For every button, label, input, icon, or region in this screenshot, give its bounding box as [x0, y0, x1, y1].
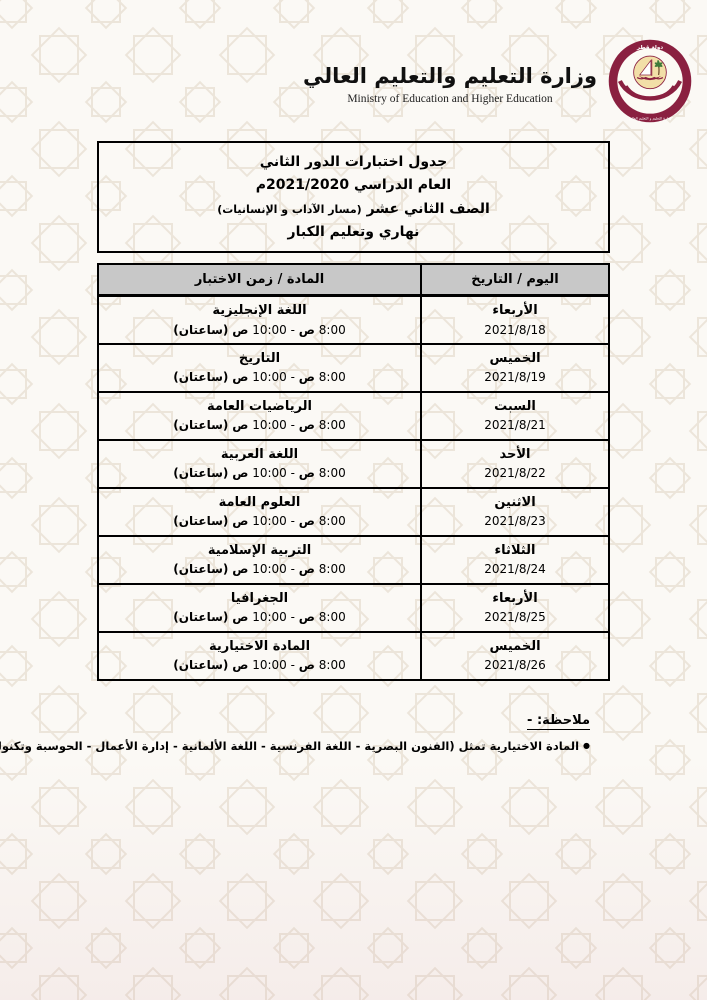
- subject-name: التربية الإسلامية: [101, 542, 418, 560]
- exam-time: 8:00 ص - 10:00 ص (ساعتان): [101, 323, 418, 337]
- subject-name: الجغرافيا: [101, 590, 418, 608]
- exam-time: 8:00 ص - 10:00 ص (ساعتان): [101, 658, 418, 672]
- day-date-cell: الخميس 2021/8/19: [420, 345, 608, 391]
- ministry-name-arabic: وزارة التعليم والتعليم العالي: [303, 64, 597, 88]
- table-row: الخميس 2021/8/26 المادة الاختيارية 8:00 …: [99, 633, 608, 679]
- subject-time-cell: التربية الإسلامية 8:00 ص - 10:00 ص (ساعت…: [99, 537, 420, 583]
- track-label: (مسار الآداب و الإنسانيات): [217, 203, 362, 216]
- subject-name: المادة الاختيارية: [101, 638, 418, 656]
- note-text: المادة الاختيارية تمثل (الفنون البصرية -…: [0, 739, 579, 753]
- grade-track-line: الصف الثاني عشر (مسار الآداب و الإنسانيا…: [105, 201, 602, 217]
- table-header-row: اليوم / التاريخ المادة / زمن الاختبار: [99, 265, 608, 297]
- day-date-cell: السبت 2021/8/21: [420, 393, 608, 439]
- table-row: الأحد 2021/8/22 اللغة العربية 8:00 ص - 1…: [99, 441, 608, 489]
- subject-time-cell: التاريخ 8:00 ص - 10:00 ص (ساعتان): [99, 345, 420, 391]
- table-rows: الأربعاء 2021/8/18 اللغة الإنجليزية 8:00…: [99, 297, 608, 679]
- subject-time-cell: اللغة الإنجليزية 8:00 ص - 10:00 ص (ساعتا…: [99, 297, 420, 343]
- seal-top-text: دولة قطر: [636, 45, 663, 51]
- subject-time-cell: الرياضيات العامة 8:00 ص - 10:00 ص (ساعتا…: [99, 393, 420, 439]
- table-row: الخميس 2021/8/19 التاريخ 8:00 ص - 10:00 …: [99, 345, 608, 393]
- note-label: ملاحظة: -: [527, 713, 590, 730]
- day-date-cell: الثلاثاء 2021/8/24: [420, 537, 608, 583]
- day-name: الاثنين: [424, 494, 606, 512]
- day-name: الخميس: [424, 350, 606, 368]
- document-page: دولة قطر وزارة التعليم و التعليم العالي …: [0, 0, 707, 1000]
- subject-name: اللغة العربية: [101, 446, 418, 464]
- exam-time: 8:00 ص - 10:00 ص (ساعتان): [101, 514, 418, 528]
- day-date-cell: الأربعاء 2021/8/18: [420, 297, 608, 343]
- day-name: الأربعاء: [424, 302, 606, 320]
- exam-date: 2021/8/22: [424, 466, 606, 480]
- exam-date: 2021/8/23: [424, 514, 606, 528]
- day-name: الخميس: [424, 638, 606, 656]
- subject-name: اللغة الإنجليزية: [101, 302, 418, 320]
- subject-name: العلوم العامة: [101, 494, 418, 512]
- academic-year-line: العام الدراسي 2021/2020م: [105, 177, 602, 193]
- exam-time: 8:00 ص - 10:00 ص (ساعتان): [101, 610, 418, 624]
- table-row: الثلاثاء 2021/8/24 التربية الإسلامية 8:0…: [99, 537, 608, 585]
- day-name: السبت: [424, 398, 606, 416]
- subject-time-cell: المادة الاختيارية 8:00 ص - 10:00 ص (ساعت…: [99, 633, 420, 679]
- exam-schedule-table: اليوم / التاريخ المادة / زمن الاختبار ال…: [97, 263, 610, 681]
- exam-date: 2021/8/25: [424, 610, 606, 624]
- day-date-cell: الاثنين 2021/8/23: [420, 489, 608, 535]
- day-name: الثلاثاء: [424, 542, 606, 560]
- table-row: الأربعاء 2021/8/18 اللغة الإنجليزية 8:00…: [99, 297, 608, 345]
- subject-name: التاريخ: [101, 350, 418, 368]
- exam-date: 2021/8/19: [424, 370, 606, 384]
- exam-title-box: جدول اختبارات الدور الثاني العام الدراسي…: [97, 141, 610, 253]
- subject-time-cell: العلوم العامة 8:00 ص - 10:00 ص (ساعتان): [99, 489, 420, 535]
- subject-name: الرياضيات العامة: [101, 398, 418, 416]
- day-name: الأحد: [424, 446, 606, 464]
- exam-date: 2021/8/18: [424, 323, 606, 337]
- exam-time: 8:00 ص - 10:00 ص (ساعتان): [101, 418, 418, 432]
- col-header-subject-time: المادة / زمن الاختبار: [99, 265, 420, 294]
- exam-time: 8:00 ص - 10:00 ص (ساعتان): [101, 370, 418, 384]
- table-row: السبت 2021/8/21 الرياضيات العامة 8:00 ص …: [99, 393, 608, 441]
- day-date-cell: الخميس 2021/8/26: [420, 633, 608, 679]
- table-row: الأربعاء 2021/8/25 الجغرافيا 8:00 ص - 10…: [99, 585, 608, 633]
- ministry-name-english: Ministry of Education and Higher Educati…: [303, 93, 597, 105]
- day-name: الأربعاء: [424, 590, 606, 608]
- table-row: الاثنين 2021/8/23 العلوم العامة 8:00 ص -…: [99, 489, 608, 537]
- subject-time-cell: الجغرافيا 8:00 ص - 10:00 ص (ساعتان): [99, 585, 420, 631]
- exam-date: 2021/8/26: [424, 658, 606, 672]
- col-header-day-date: اليوم / التاريخ: [420, 265, 608, 294]
- program-type-line: نهاري وتعليم الكبار: [105, 224, 602, 240]
- subject-time-cell: اللغة العربية 8:00 ص - 10:00 ص (ساعتان): [99, 441, 420, 487]
- exam-date: 2021/8/21: [424, 418, 606, 432]
- note-section: ملاحظة: - ●المادة الاختيارية تمثل (الفنو…: [44, 709, 590, 753]
- day-date-cell: الأحد 2021/8/22: [420, 441, 608, 487]
- day-date-cell: الأربعاء 2021/8/25: [420, 585, 608, 631]
- exam-schedule-title: جدول اختبارات الدور الثاني: [105, 154, 602, 170]
- ministry-header: دولة قطر وزارة التعليم و التعليم العالي …: [303, 38, 693, 124]
- bullet-icon: ●: [583, 741, 590, 750]
- seal-bottom-text: وزارة التعليم و التعليم العالي: [629, 117, 672, 121]
- exam-date: 2021/8/24: [424, 562, 606, 576]
- note-bullet-line: ●المادة الاختيارية تمثل (الفنون البصرية …: [44, 739, 590, 753]
- exam-time: 8:00 ص - 10:00 ص (ساعتان): [101, 466, 418, 480]
- exam-time: 8:00 ص - 10:00 ص (ساعتان): [101, 562, 418, 576]
- qatar-ministry-seal: دولة قطر وزارة التعليم و التعليم العالي: [607, 38, 693, 124]
